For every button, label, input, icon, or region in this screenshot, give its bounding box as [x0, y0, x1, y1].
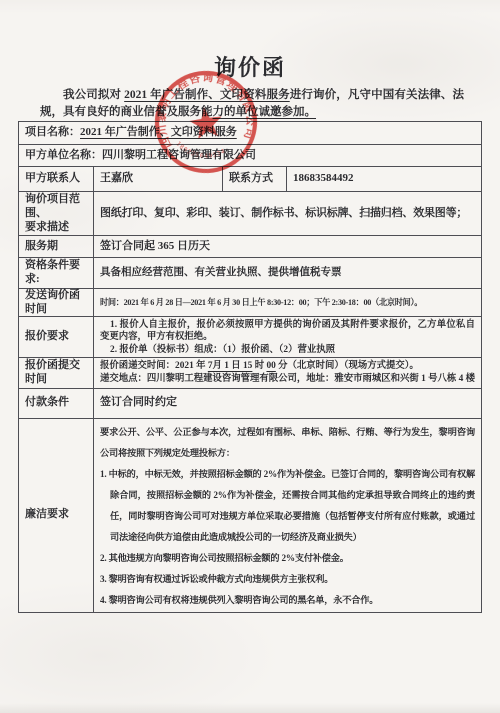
quote-req-item2: 2. 报价单（投标书）组成：（1）报价函、（2）营业执照: [100, 344, 475, 357]
table-row-submit-time: 报价函提交时间 报价函递交时间：2021 年 7月 1 日 15 时 00 分（…: [19, 358, 482, 389]
page-title: 询价函: [0, 51, 500, 82]
table-row-service-period: 服务期 签订合同起 365 日历天: [19, 236, 482, 258]
table-row-send-time: 发送询价函时间 时间：2021 年 6 月 28 日—2021 年 6 月 30…: [19, 288, 482, 317]
submit-time-line1: 报价函递交时间：2021 年 7月 1 日 15 时 00 分（北京时间）（现场…: [100, 360, 475, 374]
project-label: 项目名称：: [25, 126, 80, 138]
intro-paragraph: 我公司拟对 2021 年广告制作、文印资料服务进行询价，凡守中国有关法律、法规，…: [40, 87, 464, 120]
submit-time-mid: 时: [252, 361, 266, 371]
intro-project-underlined: 2021 年广告制作、文印资料服务: [124, 89, 290, 101]
table-row-qualification: 资格条件要求: 具备相应经营范围、有关营业执照、提供增值税专票: [19, 258, 482, 289]
payment-value: 签订合同时约定: [94, 388, 482, 418]
integrity-intro: 要求公开、公平、公正参与本次，过程如有围标、串标、陪标、行贿、等行为发生，黎明咨…: [100, 422, 475, 464]
send-time-cell: 时间：2021 年 6 月 28 日—2021 年 6 月 30 日上午 8:3…: [94, 288, 482, 317]
contact-label: 甲方联系人: [19, 167, 94, 192]
quote-req-cell: 1. 报价人自主报价，报价必须按照甲方提供的询价函及其附件要求报价，乙方单位私自…: [94, 317, 482, 358]
scope-label: 询价项目范围、要求描述: [19, 192, 94, 236]
qualification-value: 具备相应经营范围、有关营业执照、提供增值税专票: [94, 258, 482, 289]
submit-time-suffix: 分（北京时间）（现场方式提交）。: [276, 361, 419, 371]
quote-req-label: 报价要求: [19, 317, 94, 358]
submit-time-label: 报价函提交时间: [19, 358, 94, 389]
table-row-contact: 甲方联系人 王嘉欣 联系方式 18683584492: [19, 167, 482, 192]
integrity-item3: 3. 黎明咨询有权通过诉讼或仲裁方式向违规供方主张权利。: [100, 569, 475, 590]
integrity-cell: 要求公开、公平、公正参与本次，过程如有围标、串标、陪标、行贿、等行为发生，黎明咨…: [94, 418, 482, 612]
qualification-label: 资格条件要求:: [19, 258, 94, 289]
table-row-quote-requirements: 报价要求 1. 报价人自主报价，报价必须按照甲方提供的询价函及其附件要求报价，乙…: [19, 317, 482, 358]
project-cell: 项目名称：2021 年广告制作、文印资料服务: [19, 122, 482, 145]
scope-label-line2: 要求描述: [25, 221, 87, 235]
submit-minute-underlined: 00: [266, 361, 275, 371]
scope-label-line1: 询价项目范围、: [25, 193, 87, 221]
service-period-label: 服务期: [19, 236, 94, 258]
integrity-label: 廉洁要求: [19, 418, 94, 612]
send-time-label: 发送询价函时间: [19, 288, 94, 317]
table-row-party-a: 甲方单位名称：四川黎明工程咨询管理有限公司: [19, 145, 482, 167]
scanned-inquiry-document: 询价函 我公司拟对 2021 年广告制作、文印资料服务进行询价，凡守中国有关法律…: [0, 0, 500, 713]
payment-label: 付款条件: [19, 388, 94, 418]
integrity-item1: 1. 中标的，中标无效，并按照招标金额的 2%作为补偿金。已签订合同的，黎明咨询…: [100, 464, 475, 548]
submit-time-prefix: 报价函递交时间：2021 年: [100, 361, 208, 371]
submit-time-cell: 报价函递交时间：2021 年 7月 1 日 15 时 00 分（北京时间）（现场…: [94, 358, 482, 389]
submit-date-underlined: 7月 1 日 15: [208, 361, 253, 371]
submit-time-line2: 递交地点：四川黎明工程建设咨询管理有限公司，地址：雅安市雨城区和兴街 1 号八栋…: [100, 373, 475, 387]
scope-value: 图纸打印、复印、彩印、装订、制作标书、标识标牌、扫描归档、效果图等；: [94, 192, 482, 236]
party-a-value: 四川黎明工程咨询管理有限公司: [102, 149, 256, 161]
service-period-value: 签订合同起 365 日历天: [94, 236, 482, 258]
party-a-label: 甲方单位名称：: [25, 149, 102, 161]
table-row-integrity: 廉洁要求 要求公开、公平、公正参与本次，过程如有围标、串标、陪标、行贿、等行为发…: [19, 418, 482, 612]
table-row-scope: 询价项目范围、要求描述 图纸打印、复印、彩印、装订、制作标书、标识标牌、扫描归档…: [19, 192, 482, 236]
integrity-item4: 4. 黎明咨询公司有权将违规供列入黎明咨询公司的黑名单，永不合作。: [100, 590, 475, 611]
contact-phone: 18683584492: [287, 167, 482, 192]
project-value: 2021 年广告制作、文印资料服务: [80, 126, 237, 138]
inquiry-table: 项目名称：2021 年广告制作、文印资料服务 甲方单位名称：四川黎明工程咨询管理…: [18, 121, 482, 613]
intro-tail-underlined: 力的单位诚邀参加。: [213, 106, 317, 118]
table-row-project: 项目名称：2021 年广告制作、文印资料服务: [19, 122, 482, 145]
send-time-value: 时间：2021 年 6 月 28 日—2021 年 6 月 30 日上午 8:3…: [100, 297, 422, 308]
quote-req-item1: 1. 报价人自主报价，报价必须按照甲方提供的询价函及其附件要求报价，乙方单位私自…: [100, 319, 475, 344]
party-a-cell: 甲方单位名称：四川黎明工程咨询管理有限公司: [19, 145, 482, 167]
table-row-payment: 付款条件 签订合同时约定: [19, 388, 482, 418]
intro-prefix: 我公司拟对: [63, 89, 124, 101]
integrity-item2: 2. 其他违规方向黎明咨询公司按照招标金额的 2%支付补偿金。: [100, 548, 475, 569]
contact-phone-label: 联系方式: [223, 167, 287, 192]
contact-name: 王嘉欣: [94, 167, 223, 192]
